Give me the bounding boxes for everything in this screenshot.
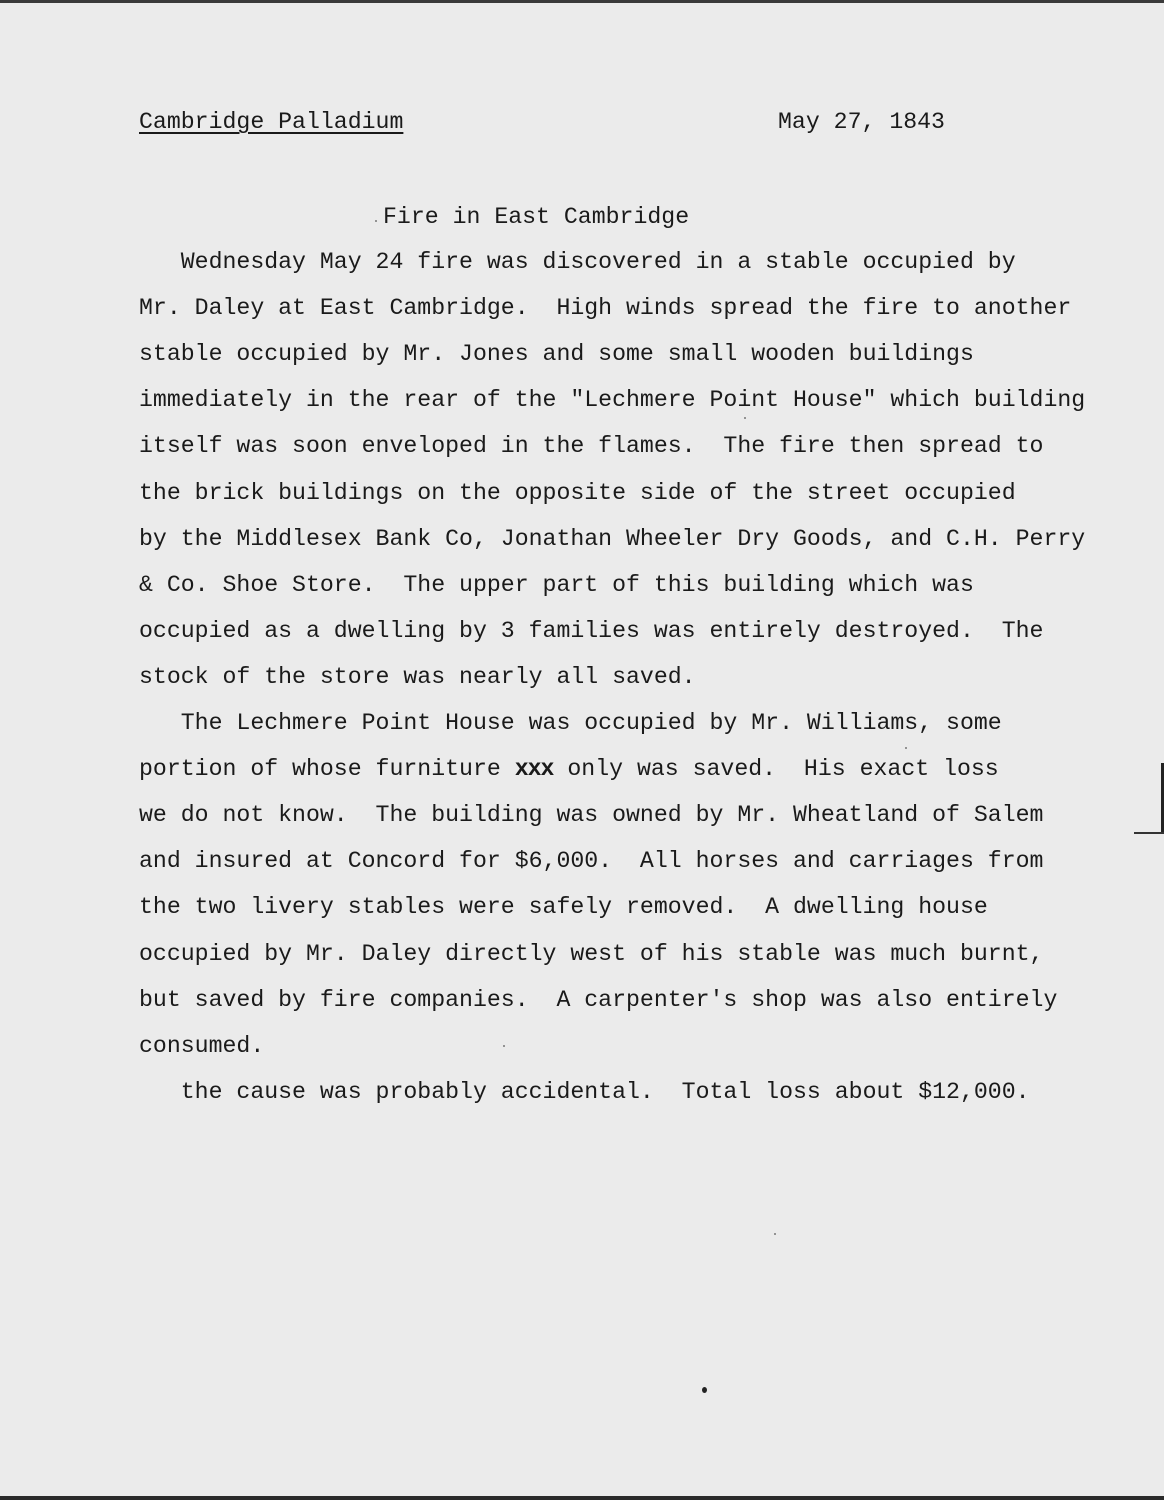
scan-speck <box>744 417 746 419</box>
article-line: itself was soon enveloped in the flames.… <box>139 432 1043 460</box>
article-line: occupied as a dwelling by 3 families was… <box>139 617 1043 645</box>
article-title: Fire in East Cambridge <box>383 203 689 231</box>
article-line: portion of whose furniture xxx only was … <box>139 755 999 783</box>
article-line: immediately in the rear of the "Lechmere… <box>139 386 1085 414</box>
article-line: by the Middlesex Bank Co, Jonathan Wheel… <box>139 525 1085 553</box>
article-line: the two livery stables were safely remov… <box>139 893 988 921</box>
article-line: consumed. <box>139 1032 264 1060</box>
article-line: Wednesday May 24 fire was discovered in … <box>139 248 1016 276</box>
scan-speck <box>905 747 907 749</box>
article-line: Mr. Daley at East Cambridge. High winds … <box>139 294 1071 322</box>
article-line: The Lechmere Point House was occupied by… <box>139 709 1002 737</box>
article-line: the cause was probably accidental. Total… <box>139 1078 1030 1106</box>
article-line: stable occupied by Mr. Jones and some sm… <box>139 340 974 368</box>
document-page: Cambridge Palladium May 27, 1843 Fire in… <box>0 0 1164 1500</box>
scan-speck <box>774 1233 776 1235</box>
page-edge-notch <box>1134 832 1164 834</box>
article-line: and insured at Concord for $6,000. All h… <box>139 847 1043 875</box>
scan-speck <box>375 220 377 222</box>
article-date: May 27, 1843 <box>778 108 945 136</box>
article-line: we do not know. The building was owned b… <box>139 801 1043 829</box>
article-line: the brick buildings on the opposite side… <box>139 479 1016 507</box>
article-line: & Co. Shoe Store. The upper part of this… <box>139 571 974 599</box>
article-line: but saved by fire companies. A carpenter… <box>139 986 1057 1014</box>
article-line: stock of the store was nearly all saved. <box>139 663 696 691</box>
newspaper-source: Cambridge Palladium <box>139 108 403 136</box>
scan-speck <box>503 1045 505 1047</box>
article-line: occupied by Mr. Daley directly west of h… <box>139 940 1043 968</box>
struck-out-text: xxx <box>515 756 554 782</box>
scan-speck <box>702 1387 707 1393</box>
